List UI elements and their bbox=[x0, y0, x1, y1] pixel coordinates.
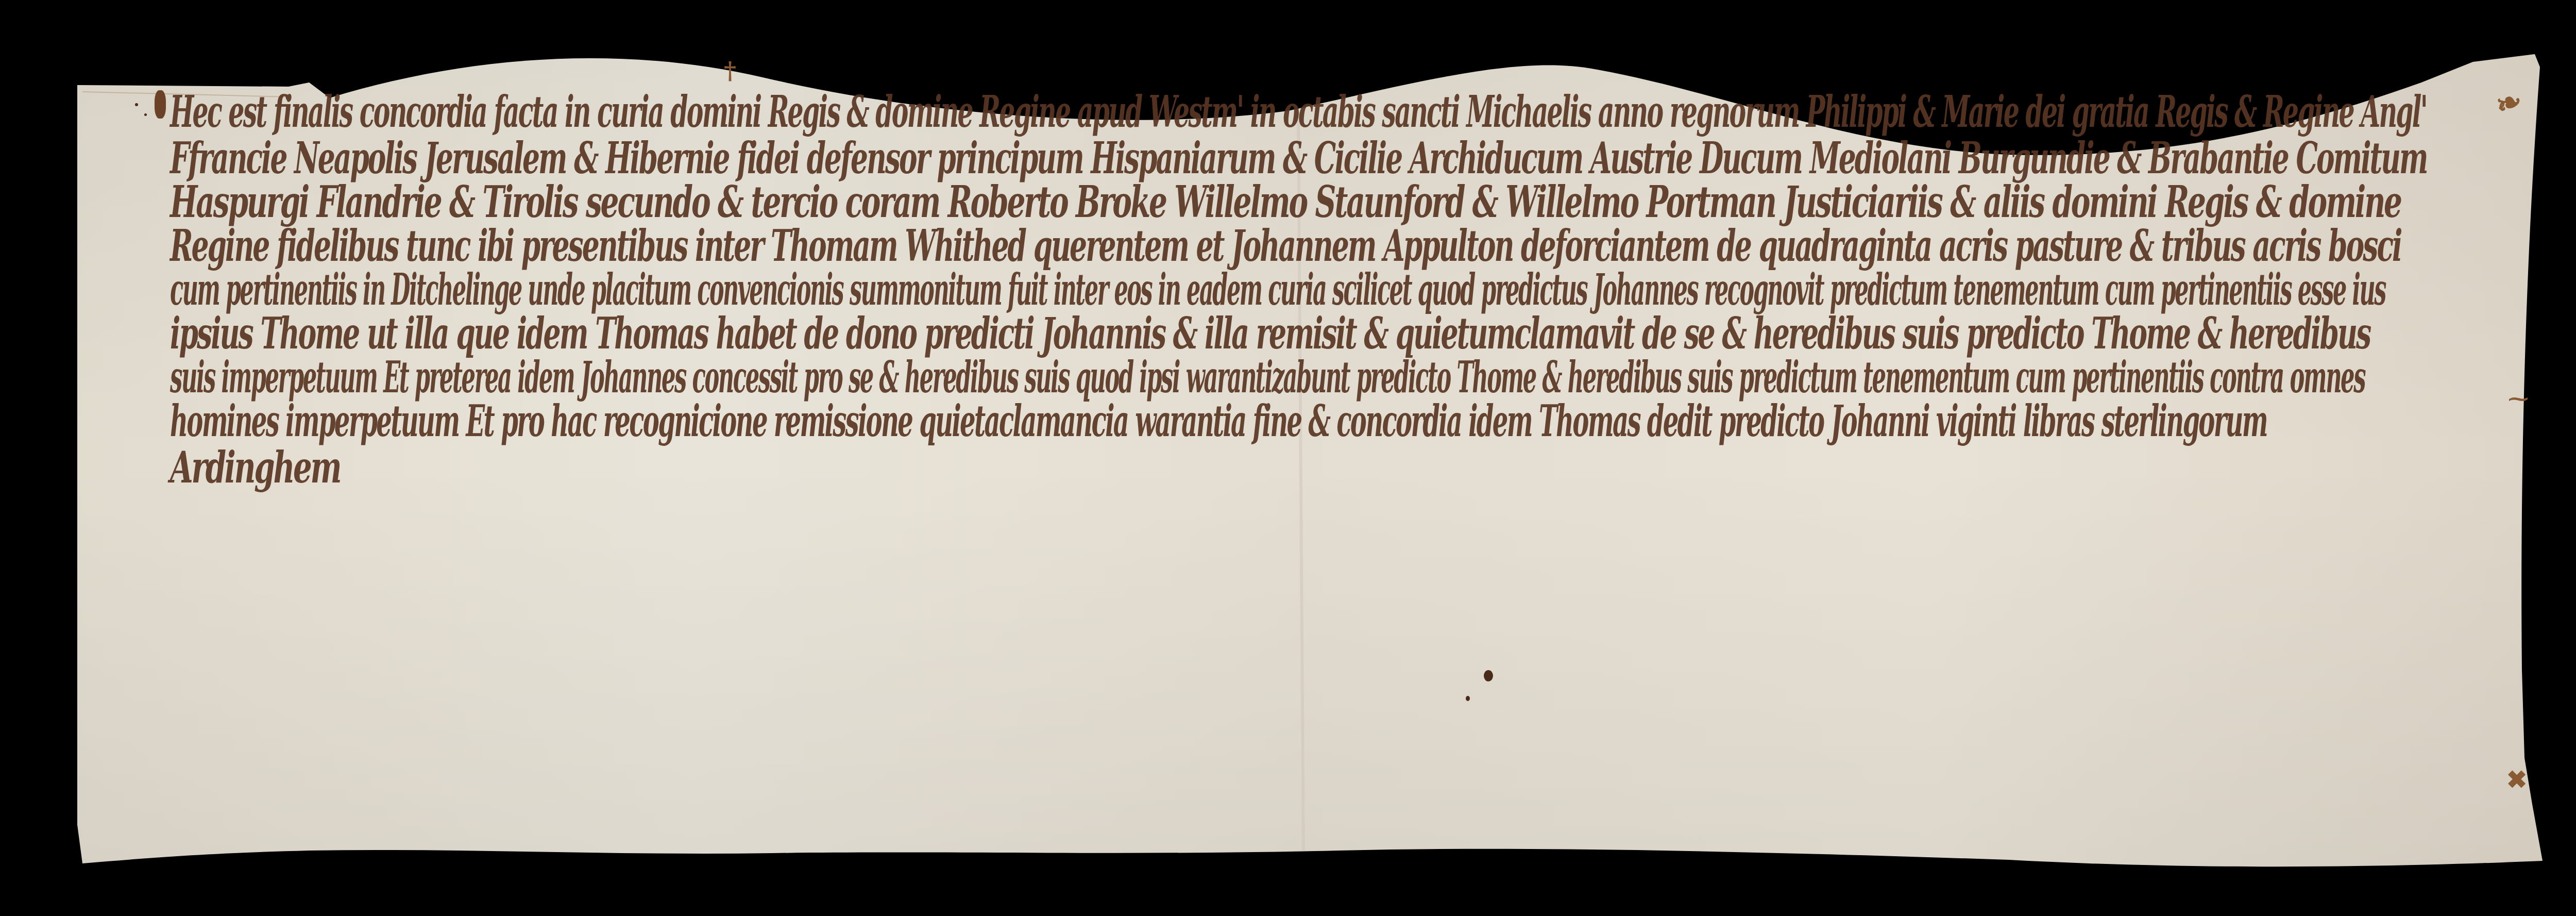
text-line-3: Haspurgi Flandrie & Tirolis secundo & te… bbox=[170, 180, 2401, 224]
ink-blot bbox=[1484, 670, 1493, 681]
document-viewer: ❧ † ⁓ ✖ Hec est finalis concordia facta … bbox=[0, 0, 2576, 916]
text-line-2: Ffrancie Neapolis Jerusalem & Hibernie f… bbox=[170, 137, 2427, 180]
text-line-5: cum pertinentiis in Ditchelinge unde pla… bbox=[170, 268, 2385, 311]
text-line-1: Hec est finalis concordia facta in curia… bbox=[170, 90, 2427, 134]
text-line-6: ipsius Thome ut illa que idem Thomas hab… bbox=[170, 312, 2370, 355]
indenture-mark-right-lower: ✖ bbox=[2506, 765, 2527, 794]
ink-speck bbox=[1466, 696, 1470, 701]
ink-speck bbox=[135, 103, 138, 106]
text-line-4: Regine fidelibus tunc ibi presentibus in… bbox=[170, 224, 2401, 268]
indenture-mark-right-middle: ⁓ bbox=[2508, 387, 2529, 411]
ink-blot bbox=[155, 90, 166, 119]
text-line-7: suis imperpetuum Et preterea idem Johann… bbox=[170, 356, 2365, 399]
ink-speck bbox=[144, 113, 147, 116]
text-line-8: homines imperpetuum Et pro hac recognici… bbox=[170, 399, 2267, 443]
text-line-9-signature: Ardinghem bbox=[170, 446, 340, 489]
indenture-mark-top: † bbox=[724, 57, 736, 85]
document-body: Hec est finalis concordia facta in curia… bbox=[170, 82, 2488, 505]
